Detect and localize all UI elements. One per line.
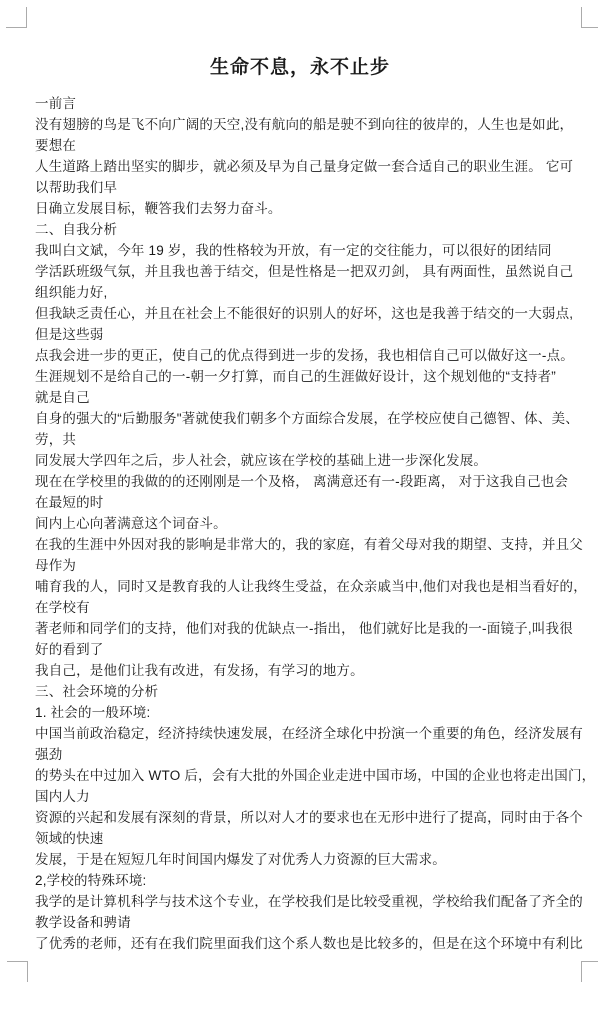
text-line: 著老师和同学们的支持，他们对我的优缺点一-指出， 他们就好比是我的一-面镜子,叫… — [35, 618, 583, 639]
text-line: 但我缺乏责任心，并且在社会上不能很好的识别人的好坏，这也是我善于结交的一大弱点, — [35, 303, 583, 324]
margin-crop-mark-top-right — [581, 7, 598, 28]
text-line: 好的看到了 — [35, 639, 583, 660]
text-line: 发展，于是在短短几年时间国内爆发了对优秀人力资源的巨大需求。 — [35, 849, 583, 870]
text-line: 2,学校的特殊环境: — [35, 870, 583, 891]
text-line: 我自己，是他们让我有改进，有发扬，有学习的地方。 — [35, 660, 583, 681]
margin-crop-mark-bottom-left — [7, 961, 28, 982]
text-line: 中国当前政治稳定，经济持续快速发展，在经济全球化中扮演一个重要的角色，经济发展有 — [35, 723, 583, 744]
text-line: 要想在 — [35, 135, 583, 156]
text-line: 一前言 — [35, 93, 583, 114]
text-line: 以帮助我们早 — [35, 177, 583, 198]
text-line: 但是这些弱 — [35, 324, 583, 345]
text-line: 我学的是计算机科学与技术这个专业，在学校我们是比较受重视，学校给我们配备了齐全的 — [35, 891, 583, 912]
text-line: 我叫白文斌，今年 19 岁，我的性格较为开放，有一定的交往能力，可以很好的团结同 — [35, 240, 583, 261]
document-page: 生命不息，永不止步 一前言没有翅膀的鸟是飞不向广阔的天空,没有航向的船是驶不到向… — [0, 0, 600, 1031]
text-line: 母作为 — [35, 555, 583, 576]
text-line: 1. 社会的一般环境: — [35, 702, 583, 723]
text-line: 学活跃班级气氛，并且我也善于结交，但是性格是一把双刃剑， 具有两面性，虽然说自己 — [35, 261, 583, 282]
text-line: 生涯规划不是给自己的一-朝一夕打算，而自己的生涯做好设计，这个规划他的“支持者” — [35, 366, 583, 387]
text-line: 组织能力好, — [35, 282, 583, 303]
text-line: 的势头在中过加入 WTO 后，会有大批的外国企业走进中国市场，中国的企业也将走出… — [35, 765, 583, 786]
text-line: 劳，共 — [35, 429, 583, 450]
document-body: 一前言没有翅膀的鸟是飞不向广阔的天空,没有航向的船是驶不到向往的彼岸的，人生也是… — [35, 93, 583, 954]
document-title: 生命不息，永不止步 — [0, 52, 600, 79]
text-line: 自身的强大的“后勤服务"著就使我们朝多个方面综合发展，在学校应使自己德智、体、美… — [35, 408, 583, 429]
text-line: 领域的快速 — [35, 828, 583, 849]
text-line: 现在在学校里的我做的的还刚刚是一个及格， 离满意还有一-段距离， 对于这我自己也… — [35, 471, 583, 492]
text-line: 就是自己 — [35, 387, 583, 408]
text-line: 国内人力 — [35, 786, 583, 807]
text-line: 同发展大学四年之后，步人社会，就应该在学校的基础上进一步深化发展。 — [35, 450, 583, 471]
text-line: 资源的兴起和发展有深刻的背景，所以对人才的要求也在无形中进行了提高，同时由于各个 — [35, 807, 583, 828]
margin-crop-mark-bottom-right — [581, 961, 598, 982]
text-line: 在我的生涯中外因对我的影响是非常大的，我的家庭，有着父母对我的期望、支持，并且父 — [35, 534, 583, 555]
text-line: 人生道路上踏出坚实的脚步，就必须及早为自己量身定做一套合适自己的职业生涯。 它可 — [35, 156, 583, 177]
text-line: 了优秀的老师，还有在我们院里面我们这个系人数也是比较多的，但是在这个环境中有利比 — [35, 933, 583, 954]
text-line: 在学校有 — [35, 597, 583, 618]
text-line: 三、社会环境的分析 — [35, 681, 583, 702]
text-line: 点我会进一步的更正，使自己的优点得到进一步的发扬，我也相信自己可以做好这一-点。 — [35, 345, 583, 366]
text-line: 在最短的时 — [35, 492, 583, 513]
text-line: 二、自我分析 — [35, 219, 583, 240]
text-line: 教学设备和骋请 — [35, 912, 583, 933]
text-line: 强劲 — [35, 744, 583, 765]
text-line: 没有翅膀的鸟是飞不向广阔的天空,没有航向的船是驶不到向往的彼岸的，人生也是如此， — [35, 114, 583, 135]
text-line: 哺育我的人，同时又是教育我的人让我终生受益，在众亲戚当中,他们对我也是相当看好的… — [35, 576, 583, 597]
text-line: 间内上心向著满意这个词奋斗。 — [35, 513, 583, 534]
text-line: 日确立发展目标，鞭答我们去努力奋斗。 — [35, 198, 583, 219]
margin-crop-mark-top-left — [6, 7, 27, 28]
